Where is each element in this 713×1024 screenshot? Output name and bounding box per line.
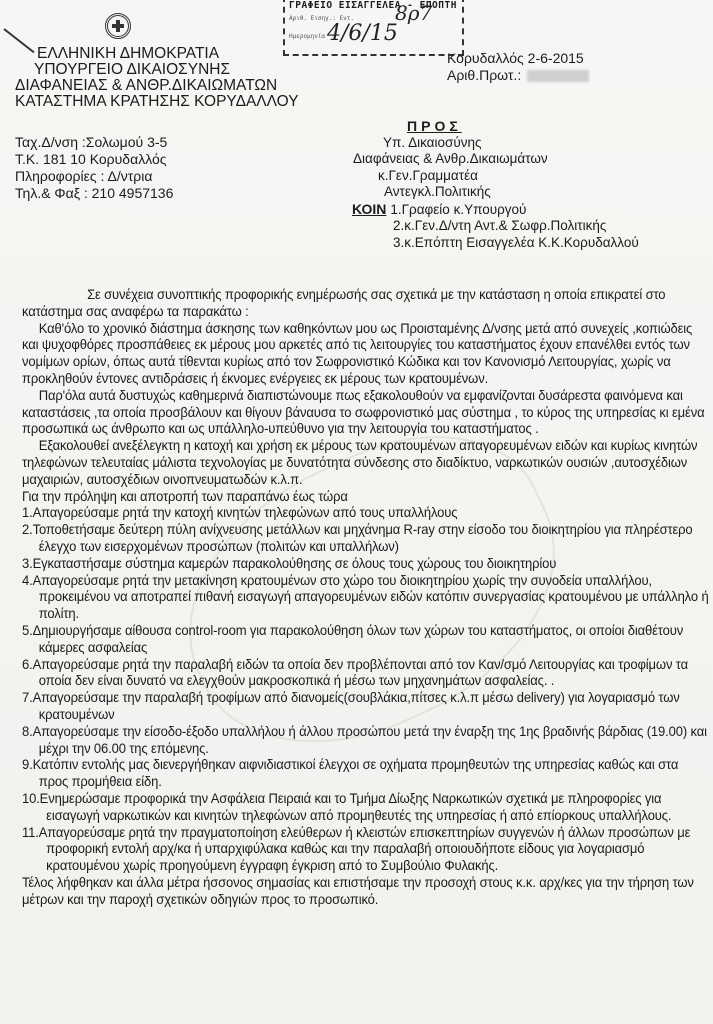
stamp-entry-number: 8ρ7 [395, 1, 432, 25]
recipients-block: ΠΡΟΣ Υπ. Δικαιοσύνης Διαφάνειας & Ανθρ.Δ… [353, 118, 639, 251]
redacted-protocol-number [527, 70, 589, 82]
measure-item: 11.Απαγορεύσαμε ρητά την πραγματοποίηση … [22, 824, 710, 874]
header-line: ΔΙΑΦΑΝΕΙΑΣ & ΑΝΘΡ.ΔΙΚΑΙΩΜΑΤΩΝ [15, 78, 299, 94]
koin-label: ΚΟΙΝ [352, 201, 386, 217]
stamp-title: ΓΡΑΦΕΙΟ ΕΙΣΑΓΓΕΛΕΑ - ΕΠΟΠΤΗ [285, 0, 462, 13]
phone-fax-line: Τηλ.& Φαξ : 210 4957136 [15, 185, 173, 202]
scanned-letter-page: ΓΡΑΦΕΙΟ ΕΙΣΑΓΓΕΛΕΑ - ΕΠΟΠΤΗ Αριθ. Εισηγ.… [0, 0, 713, 1024]
recipient-line: Υπ. Δικαιοσύνης [353, 135, 639, 152]
header-line: ΥΠΟΥΡΓΕΙΟ ΔΙΚΑΙΟΣΥΝΗΣ [15, 62, 299, 78]
list-intro: Για την πρόληψη και αποτροπή των παραπάν… [22, 488, 710, 505]
sender-header: ΕΛΛΗΝΙΚΗ ΔΗΜΟΚΡΑΤΙΑ ΥΠΟΥΡΓΕΙΟ ΔΙΚΑΙΟΣΥΝΗ… [15, 46, 299, 110]
pros-label: ΠΡΟΣ [353, 118, 639, 135]
measure-item: 3.Εγκαταστήσαμε σύστημα καμερών παρακολο… [22, 555, 710, 572]
cc-line: ΚΟΙΝ1.Γραφείο κ.Υπουργού [352, 201, 639, 219]
stamp-date: 4/6/15 [327, 21, 398, 46]
measure-item: 1.Απαγορεύσαμε ρητά την κατοχή κινητών τ… [22, 504, 710, 521]
measure-item: 9.Κατόπιν εντολής μας διενεργήθηκαν αιφν… [22, 756, 710, 790]
prosecutor-office-stamp: ΓΡΑΦΕΙΟ ΕΙΣΑΓΓΕΛΕΑ - ΕΠΟΠΤΗ Αριθ. Εισηγ.… [283, 0, 464, 56]
paragraph-1: Καθ'όλο το χρονικό διάστημα άσκησης των … [22, 320, 710, 387]
intro-paragraph: Σε συνέχεια συνοπτικής προφορικής ενημέρ… [22, 286, 710, 320]
measure-item: 6.Απαγορεύσαμε ρητά την παραλαβή ειδών τ… [22, 656, 710, 690]
letter-body: Σε συνέχεια συνοπτικής προφορικής ενημέρ… [22, 286, 710, 907]
recipient-line: κ.Γεν.Γραμματέα [353, 168, 639, 185]
measure-item: 2.Τοποθετήσαμε δεύτερη πύλη ανίχνευσης μ… [22, 521, 710, 555]
recipient-line: Αντεγκλ.Πολιτικής [353, 184, 639, 201]
date-block: Κορυδαλλός 2-6-2015 Αριθ.Πρωτ.: [447, 50, 589, 84]
postcode-line: Τ.Κ. 181 10 Κορυδαλλός [15, 151, 173, 168]
greek-coat-of-arms-icon [105, 13, 131, 39]
address-line: Ταχ.Δ/νση :Σολωμού 3-5 [15, 134, 173, 151]
cc-item: 3.κ.Επόπτη Εισαγγελέα Κ.Κ.Κορυδαλλού [353, 235, 639, 252]
cc-item: 1.Γραφείο κ.Υπουργού [390, 202, 526, 217]
contact-details: Ταχ.Δ/νση :Σολωμού 3-5 Τ.Κ. 181 10 Κορυδ… [15, 134, 173, 202]
header-line: ΚΑΤΑΣΤΗΜΑ ΚΡΑΤΗΣΗΣ ΚΟΡΥΔΑΛΛΟΥ [15, 94, 299, 110]
measure-item: 8.Απαγορεύσαμε την είσοδο-έξοδο υπαλλήλο… [22, 723, 710, 757]
paragraph-2: Παρ'όλα αυτά δυστυχώς καθημερινά διαπιστ… [22, 387, 710, 437]
measure-item: 5.Δημιουργήσαμε αίθουσα control-room για… [22, 622, 710, 656]
stamp-date-label: Ημερομηνία [289, 33, 325, 40]
protocol-label: Αριθ.Πρωτ.: [447, 67, 521, 83]
paragraph-3: Εξακολουθεί ανεξέλεγκτη η κατοχή και χρή… [22, 437, 710, 487]
header-line: ΕΛΛΗΝΙΚΗ ΔΗΜΟΚΡΑΤΙΑ [15, 46, 299, 62]
place-date: Κορυδαλλός 2-6-2015 [447, 50, 589, 67]
recipient-line: Διαφάνειας & Ανθρ.Δικαιωμάτων [353, 151, 639, 168]
measure-item: 7.Απαγορεύσαμε την παραλαβή τροφίμων από… [22, 689, 710, 723]
cc-item: 2.κ.Γεν.Δ/ντη Αντ.& Σωφρ.Πολιτικής [353, 218, 639, 235]
stamp-date-row: Ημερομηνία 4/6/15 [285, 31, 462, 49]
closing-paragraph: Τέλος λήφθηκαν και άλλα μέτρα ήσσονος ση… [22, 874, 710, 908]
measure-item: 10.Ενημερώσαμε προφορικά την Ασφάλεια Πε… [22, 790, 710, 824]
protocol-number: Αριθ.Πρωτ.: [447, 67, 589, 84]
info-line: Πληροφορίες : Δ/ντρια [15, 168, 173, 185]
measure-item: 4.Απαγορεύσαμε ρητά την μετακίνηση κρατο… [22, 572, 710, 622]
